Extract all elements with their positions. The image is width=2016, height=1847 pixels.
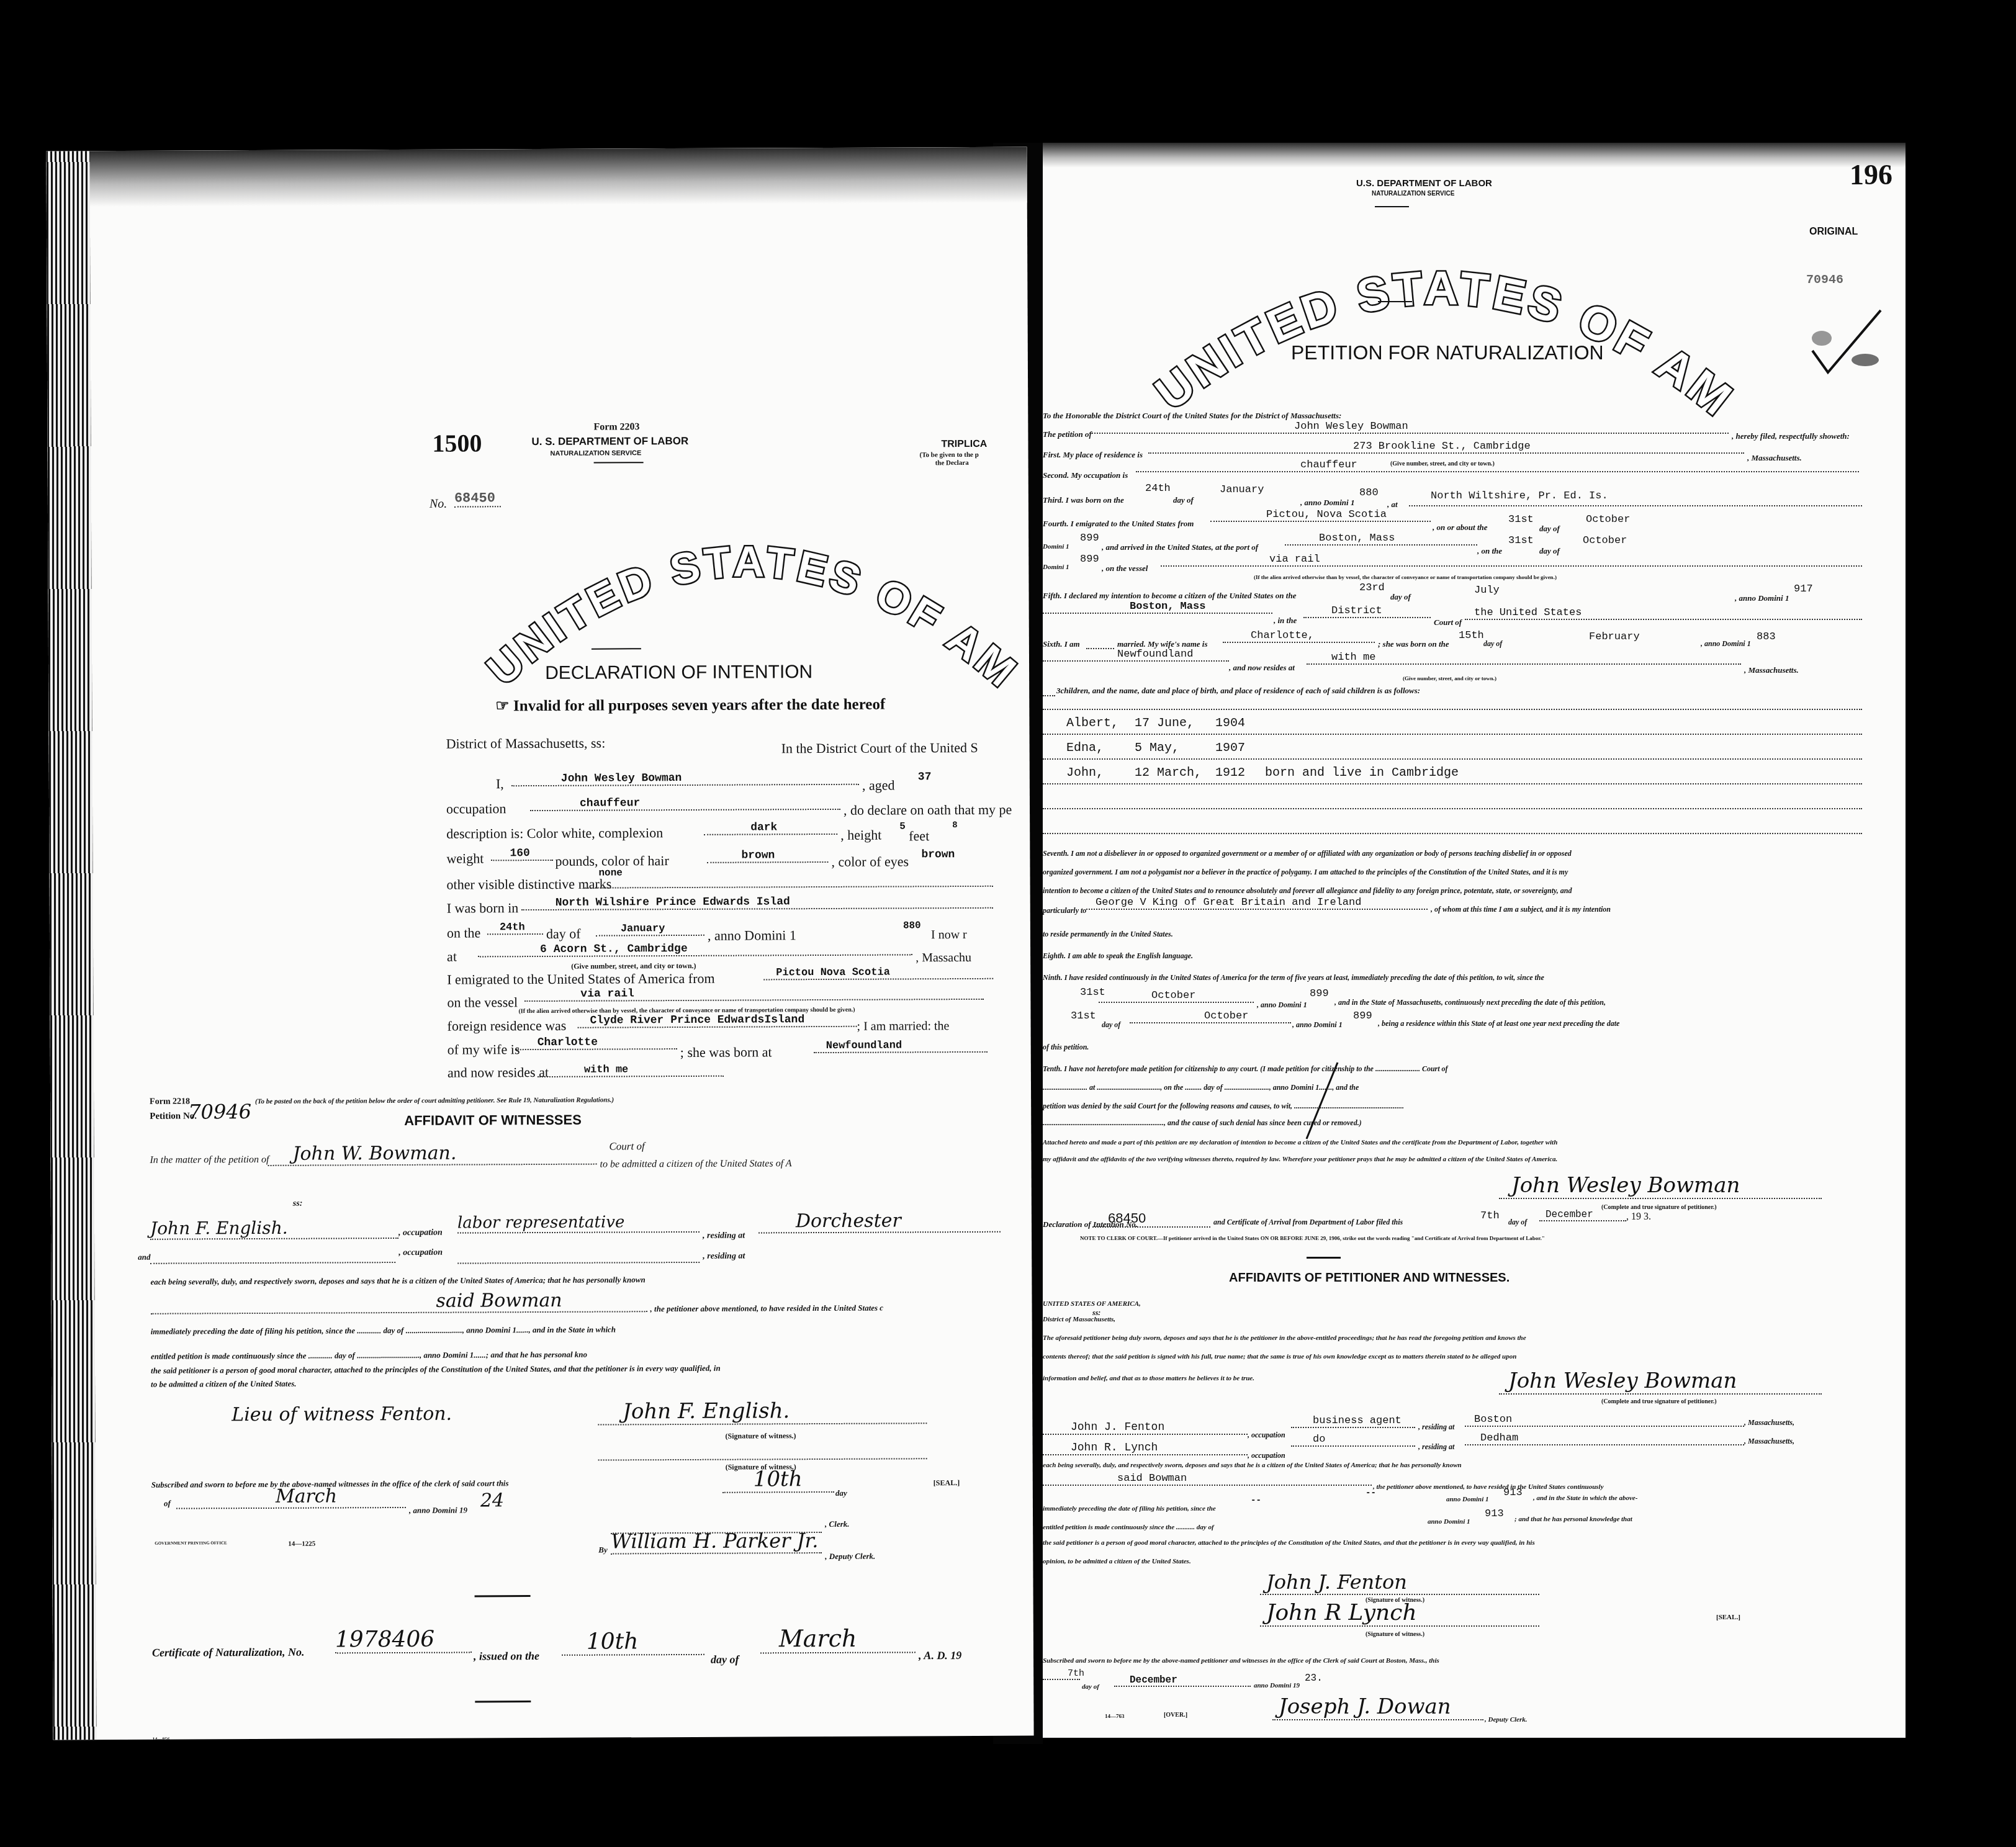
resides-label: , and now resides at (1229, 663, 1295, 673)
admitted-label: to be admitted a citizen of the United S… (600, 1158, 792, 1170)
state-label: , Massachusetts, (1744, 1418, 1794, 1427)
witness-residence-field: Boston (1465, 1414, 1744, 1427)
fifth-label: Fifth. I declared my intention to become… (1043, 591, 1296, 601)
residing-label: , residing at (1418, 1442, 1454, 1452)
court-type-field: District (1303, 605, 1431, 618)
anno-domini-label: anno Domini 1 (1446, 1496, 1488, 1503)
field-hint: (Give number, street, and city or town.) (571, 961, 696, 971)
arrived-label: , and arrived in the United States, at t… (1102, 542, 1258, 552)
copy-note: (To be given to the p (920, 451, 979, 459)
wife-birth-month-field: February (1589, 631, 1640, 643)
birthplace-field: North Wilshire Prince Edwards Islad (521, 895, 993, 910)
state-text: , and in the State in which the above- (1533, 1494, 1637, 1502)
tenth-clause: Tenth. I have not heretofore made petiti… (1043, 1064, 1448, 1074)
section-title: AFFIDAVIT OF WITNESSES (404, 1112, 582, 1129)
court-of-label: Court of (609, 1140, 644, 1153)
name-prefix: I, (496, 776, 504, 792)
known-person-field: said Bowman (150, 1289, 647, 1314)
in-the-label: , in the (1274, 616, 1297, 626)
anno-domini-label: , anno Domini 1 (708, 927, 796, 944)
witness-name-field: John J. Fenton (1043, 1421, 1248, 1435)
seal-label: [SEAL.] (934, 1478, 960, 1488)
witness-occupation-field: do (1291, 1434, 1415, 1447)
wife-born-label: ; she was born at (680, 1044, 772, 1061)
declared-month-field: July (1474, 585, 1500, 596)
department-label: U.S. DEPARTMENT OF LABOR (1356, 178, 1492, 189)
residence-field: 273 Brookline St., Cambridge (1148, 441, 1744, 454)
field-line (1043, 708, 1862, 710)
known-person-field: said Bowman (1043, 1473, 1372, 1486)
character-text: the said petitioner is a person of good … (1043, 1539, 1535, 1547)
filed-day-field: 7th (1480, 1210, 1500, 1222)
child-name: Edna, (1066, 741, 1135, 755)
age-field: 37 (918, 771, 932, 783)
residing-label: , residing at (703, 1231, 745, 1241)
form-number: Form 2218 (150, 1097, 190, 1107)
witness-signature: John J. Fenton (1260, 1570, 1539, 1595)
witness-name-field: John R. Lynch (1043, 1442, 1248, 1455)
state-label: , Massachusetts. (1744, 665, 1799, 675)
vessel-label: , on the vessel (1102, 564, 1148, 573)
birthplace-field: North Wiltshire, Pr. Ed. Is. (1431, 490, 1608, 502)
tenth-clause: petition was denied by the said Court fo… (1043, 1102, 1404, 1111)
section-title: AFFIDAVITS OF PETITIONER AND WITNESSES. (1229, 1271, 1510, 1285)
birth-day-field: 24th (487, 922, 543, 935)
page-fold-shadow (1043, 143, 1906, 168)
day-of-label: day of (546, 926, 581, 942)
now-label: I now r (931, 928, 967, 942)
occupation-label: occupation (446, 801, 506, 817)
admitted-text: to be admitted a citizen of the United S… (151, 1379, 296, 1390)
height-label: , height (840, 827, 881, 843)
aged-label: , aged (862, 778, 895, 794)
child-year: 1904 (1215, 716, 1245, 730)
marks-field: none (598, 867, 622, 878)
continuously-text: entitled petition is made continuously s… (1043, 1524, 1214, 1531)
attached-text: my affidavit and the affidavits of the t… (1043, 1156, 1557, 1163)
ss-label: ss: (293, 1199, 303, 1209)
birth-year-field: 880 (903, 920, 921, 931)
continuously-text: entitled petition is made continuously s… (151, 1350, 587, 1362)
birth-year-field: 880 (1359, 487, 1379, 499)
court-of-label: Court of (1434, 618, 1462, 627)
court-address: To the Honorable the District Court of t… (1043, 411, 1341, 421)
oath-text: contents thereof; that the said petition… (1043, 1353, 1516, 1360)
wife-birth-day-field: 15th (1459, 630, 1484, 642)
oath-text: The aforesaid petitioner being duly swor… (1043, 1334, 1526, 1342)
emigrated-from-field: Pictou Nova Scotia (763, 966, 993, 981)
document-title: DECLARATION OF INTENTION (545, 662, 812, 684)
feet-label: feet (909, 828, 929, 844)
left-page-declaration: 1500 Form 2203 U. S. DEPARTMENT OF LABOR… (46, 147, 1033, 1740)
filed-month-field: December (1539, 1209, 1626, 1221)
occupation-label: , occupation (1248, 1431, 1285, 1440)
wife-born-label: ; she was born on the (1378, 639, 1449, 649)
and-label: and (138, 1252, 150, 1262)
witness-residence-field: Dorchester (758, 1210, 1001, 1234)
wife-name-field: Charlotte, (1223, 630, 1375, 643)
domini-label: Domini 1 (1043, 543, 1069, 551)
weight-field: 160 (491, 847, 553, 861)
copy-label: ORIGINAL (1809, 227, 1858, 238)
height-inches-field: 8 (952, 820, 957, 830)
witness-occupation-field: labor representative (457, 1213, 700, 1234)
at-label: , at (1387, 500, 1398, 510)
seventh-clause: intention to become a citizen of the Uni… (1043, 886, 1572, 896)
number-label: No. (430, 497, 447, 511)
wife-residence-field: with me (538, 1064, 724, 1077)
children-label: children, and the name, date and place o… (1061, 686, 1421, 695)
strike-through-mark (1303, 1061, 1341, 1142)
state-label: , Massachusetts, (1744, 1437, 1794, 1446)
declared-place-field: Boston, Mass (1043, 601, 1272, 614)
petitioner-signature: John Wesley Bowman (1499, 1368, 1822, 1395)
margin-note: Lieu of witness Fenton. (232, 1403, 452, 1426)
birth-month-field: January (1220, 484, 1264, 496)
of-petition-text: of this petition. (1043, 1043, 1089, 1052)
anno-domini-label: anno Domini 1 (1428, 1518, 1470, 1526)
deputy-clerk-label: , Deputy Clerk. (825, 1552, 875, 1562)
certificate-label: Certificate of Naturalization, No. (152, 1646, 305, 1660)
declaration-number-field: 68450 (1092, 1210, 1210, 1228)
divider (1378, 301, 1412, 302)
service-label: NATURALIZATION SERVICE (1372, 191, 1454, 197)
sworn-year-field: 24 (480, 1490, 504, 1511)
declared-day-field: 23rd (1359, 582, 1385, 594)
anno-domini-label: , anno Domini 1 (1257, 1000, 1307, 1010)
weight-label: weight (446, 850, 484, 866)
deputy-clerk-signature: William H. Parker Jr. (611, 1529, 822, 1554)
field-line (1043, 732, 1862, 735)
vessel-label: on the vessel (447, 994, 518, 1010)
since-year-field: 913 (1503, 1487, 1523, 1499)
foreign-residence-label: foreign residence was (448, 1018, 567, 1035)
on-or-about-label: , on or about the (1433, 523, 1488, 533)
stamp-number: 70946 (1806, 273, 1843, 287)
domini-label: Domini 1 (1043, 564, 1069, 571)
resided-since-month-field: October (1099, 990, 1254, 1003)
field-line (1409, 504, 1862, 506)
birth-month-field: January (596, 923, 704, 937)
emigrated-from-field: Pictou, Nova Scotia (1210, 509, 1431, 522)
ninth-clause: Ninth. I have resided continuously in th… (1043, 973, 1544, 982)
copy-note-2: the Declara (935, 459, 969, 467)
child-row: Albert,17 June,1904 (1066, 716, 1245, 730)
wife-birthplace-field: Newfoundland (1043, 649, 1229, 662)
printing-office-label: GOVERNMENT PRINTING OFFICE (155, 1540, 227, 1546)
of-label: of (164, 1499, 171, 1509)
petitioner-name-field: John Wesley Bowman (1089, 421, 1729, 434)
residing-label: , residing at (1418, 1422, 1454, 1432)
occupation-label: , occupation (1248, 1451, 1285, 1460)
state-year-field: 913 (1485, 1508, 1504, 1520)
description-label: description is: Color white, complexion (446, 825, 663, 842)
declared-year-field: 917 (1794, 583, 1813, 595)
form-number: Form 2203 (593, 421, 639, 433)
field-hint: (Give number, street, and city or town.) (1403, 675, 1496, 681)
port-field: Boston, Mass (1285, 533, 1477, 546)
paste-note: (To be pasted on the back of the petitio… (255, 1096, 614, 1105)
child-date: 17 June, (1135, 716, 1215, 730)
field-line (1043, 757, 1862, 760)
marks-label: other visible distinctive marks (447, 876, 612, 892)
signature-caption: (Complete and true signature of petition… (1601, 1398, 1717, 1405)
certificate-number-field: 1978406 (335, 1626, 472, 1653)
child-row: John,12 March,1912born and live in Cambr… (1066, 766, 1459, 780)
arrived-year-field: 899 (1080, 554, 1099, 565)
vessel-field: via rail (1161, 554, 1862, 567)
page-edge (46, 151, 96, 1740)
eyes-label: , color of eyes (831, 853, 909, 870)
day-of-label: day of (1483, 639, 1502, 649)
since-month-field: -- (1366, 1488, 1376, 1498)
sixth-label: Sixth. I am (1043, 639, 1080, 649)
anno-domini-label: , anno Domini 1 (1701, 639, 1751, 649)
resided-since-year-field: 899 (1310, 988, 1329, 1000)
resides-label: and now resides at (448, 1064, 549, 1081)
checkmark-icon (1809, 307, 1884, 375)
sworn-day-field: 10th (722, 1467, 834, 1493)
emigrated-year-field: 899 (1080, 533, 1099, 544)
right-page-petition: 196 U.S. DEPARTMENT OF LABOR NATURALIZAT… (1043, 143, 1906, 1738)
by-label: By (598, 1545, 608, 1555)
sworn-month-field: December (1114, 1674, 1251, 1687)
eye-color-field: brown (921, 848, 955, 861)
occupation-field: chauffeur (530, 796, 840, 811)
child-year: 1912 (1215, 766, 1265, 780)
divider (1307, 1257, 1341, 1259)
being-text: , being a residence within this State of… (1378, 1019, 1619, 1028)
residence-field: 6 Acorn St., Cambridge (478, 941, 912, 957)
clerk-label: , Clerk. (825, 1519, 849, 1529)
wife-birthplace-field: Newfoundland (814, 1040, 988, 1053)
oath-text: , do declare on oath that my pe (844, 802, 1012, 819)
svg-text:UNITED STATES OF AMERICA: UNITED STATES OF AMERICA (1130, 230, 1744, 428)
certificate-label: and Certificate of Arrival from Departme… (1213, 1218, 1403, 1227)
wife-residence-field: with me (1307, 652, 1741, 665)
witness-name-field: John F. English. (150, 1217, 398, 1240)
petition-label: The petition of (1043, 429, 1092, 439)
anno-domini-label: , anno Domini 1 (1300, 498, 1354, 508)
field-line (1043, 782, 1862, 784)
admitted-text: opinion, to be admitted a citizen of the… (1043, 1558, 1191, 1565)
validity-warning: ☞ Invalid for all purposes seven years a… (495, 695, 885, 716)
seventh-clause: Seventh. I am not a disbeliever in or op… (1043, 849, 1572, 858)
certificate-day-field: 10th (562, 1629, 704, 1656)
occupation-label: , occupation (398, 1248, 443, 1258)
copy-label: TRIPLICA (941, 439, 987, 450)
document-title: PETITION FOR NATURALIZATION (1291, 341, 1604, 364)
at-label: at (447, 949, 457, 965)
clerk-note: NOTE TO CLERK OF COURT.—If petitioner ar… (1080, 1235, 1545, 1241)
hair-color-field: brown (707, 849, 828, 863)
petition-number: 70946 (188, 1100, 251, 1123)
sworn-text: each being severally, duly, and respecti… (1043, 1462, 1462, 1469)
birth-day-field: 24th (1145, 483, 1171, 495)
married-label: married. My wife's name is (1117, 639, 1208, 649)
residing-label: , residing at (703, 1252, 745, 1262)
day-of-label: day of (1173, 495, 1194, 505)
state-since-day-field: 31st (1071, 1010, 1096, 1022)
sworn-day-field: 7th (1043, 1668, 1080, 1680)
field-line (1043, 807, 1862, 809)
anno-domini-label: , anno Domini 1 (1292, 1020, 1343, 1030)
day-of-label: day of (1082, 1683, 1099, 1691)
child-date: 5 May, (1135, 741, 1215, 755)
height-feet-field: 5 (899, 820, 906, 832)
state-since-year-field: 899 (1353, 1010, 1372, 1022)
sworn-text: each being severally, duly, and respecti… (150, 1275, 645, 1287)
state-since-month-field: October (1130, 1010, 1291, 1023)
on-the-label: on the (447, 925, 481, 941)
vessel-field: via rail (524, 986, 984, 1002)
wife-label: of my wife is (448, 1041, 520, 1058)
certificate-month-field: March (760, 1624, 916, 1653)
anno-domini-label: anno Domini 19 (1254, 1682, 1300, 1689)
character-text: the said petitioner is a person of good … (151, 1364, 721, 1376)
day-of-label: day of (711, 1653, 739, 1666)
pointing-hand-icon: ☞ (495, 698, 513, 714)
applicant-name-field: John Wesley Bowman (511, 771, 859, 786)
signature-caption: (Signature of witness.) (725, 1431, 796, 1440)
preceding-text: immediately preceding the date of filing… (1043, 1505, 1216, 1512)
married-label: ; I am married: the (857, 1019, 950, 1034)
child-row: Edna,5 May,1907 (1066, 741, 1245, 755)
ad-label: , A. D. 19 (919, 1649, 961, 1662)
filed-year: , 19 3. (1626, 1211, 1651, 1223)
divider (475, 1595, 531, 1597)
reside-text: to reside permanently in the United Stat… (1043, 930, 1173, 939)
signature-caption: (Signature of witness.) (1366, 1631, 1424, 1638)
state-text: , and in the State of Massachusetts, con… (1334, 998, 1606, 1007)
divider (594, 462, 644, 463)
day-of-label: day of (1539, 524, 1560, 534)
petitioner-mentioned-text: , the petitioner above mentioned, to hav… (1373, 1483, 1604, 1491)
print-code: 14—856 (153, 1737, 170, 1740)
second-label: Second. My occupation is (1043, 470, 1128, 480)
sworn-year-field: 23. (1305, 1673, 1323, 1684)
state-label: , Massachu (916, 951, 971, 965)
court-name-field: the United States (1465, 607, 1862, 620)
field-line (1043, 694, 1055, 696)
witness-occupation-field: business agent (1291, 1415, 1415, 1428)
child-year: 1907 (1215, 741, 1245, 755)
field-line (583, 884, 993, 889)
petitioner-name-field: John W. Bowman. (268, 1142, 596, 1166)
fourth-label: Fourth. I emigrated to the United States… (1043, 519, 1194, 529)
children-count-row: 3children, and the name, date and place … (1056, 686, 1420, 696)
print-code: 14—763 (1105, 1713, 1125, 1719)
witness-signature: John F. English. (598, 1398, 927, 1425)
page-number: 1500 (432, 428, 482, 457)
field-hint: (If the alien arrived otherwise than by … (1254, 574, 1557, 580)
witness-residence-field: Dedham (1465, 1432, 1744, 1445)
preceding-text: immediately preceding the date of filing… (151, 1324, 616, 1336)
oath-text: information and belief, and that as to t… (1043, 1375, 1254, 1382)
wife-name-field: Charlotte (516, 1036, 677, 1050)
divider (592, 648, 641, 649)
subject-label: , of whom at this time I am a subject, a… (1431, 905, 1611, 914)
field-line (1043, 832, 1862, 834)
department-label: U. S. DEPARTMENT OF LABOR (531, 435, 688, 448)
foreign-residence-field: Clyde River Prince EdwardsIsland (578, 1013, 857, 1028)
emigrated-month-field: October (1586, 514, 1630, 526)
emigrated-day-field: 31st (1508, 514, 1534, 526)
divider (1375, 206, 1409, 207)
occupation-field: chauffeur (1136, 459, 1859, 472)
sovereign-label: particularly to (1043, 906, 1086, 915)
venue-label: UNITED STATES OF AMERICA, (1043, 1300, 1141, 1308)
field-line (150, 1261, 395, 1264)
court-label: In the District Court of the United S (781, 740, 978, 757)
filed-label: , hereby filed, respectfully showeth: (1732, 431, 1850, 441)
attached-text: Attached hereto and made a part of this … (1043, 1139, 1557, 1146)
occupation-label: , occupation (398, 1228, 443, 1238)
child-date: 12 March, (1135, 766, 1215, 780)
deputy-clerk-label: , Deputy Clerk. (1485, 1716, 1527, 1723)
day-of-label: day of (1508, 1218, 1527, 1227)
print-code: 14—1225 (288, 1540, 315, 1548)
sovereign-field: George V King of Great Britain and Irela… (1086, 897, 1428, 910)
eighth-clause: Eighth. I am able to speak the English l… (1043, 951, 1193, 961)
since-day-field: -- (1251, 1496, 1261, 1506)
day-of-label: day of (1102, 1020, 1120, 1030)
page-number: 196 (1850, 158, 1892, 191)
day-of-label: day of (1390, 592, 1411, 602)
born-label: I was born in (447, 900, 519, 917)
petitioner-mentioned-text: , the petitioner above mentioned, to hav… (650, 1303, 884, 1314)
arrived-day-field: 31st (1508, 535, 1534, 547)
service-label: NATURALIZATION SERVICE (551, 449, 642, 457)
knowledge-text: ; and that he has personal knowledge tha… (1514, 1516, 1632, 1523)
seventh-clause: organized government. I am not a polygam… (1043, 868, 1568, 877)
sworn-month-field: March (176, 1485, 406, 1509)
child-note: born and live in Cambridge (1265, 766, 1459, 780)
matter-label: In the matter of the petition of (150, 1154, 269, 1166)
petitioner-signature: John Wesley Bowman (1499, 1173, 1822, 1199)
emigrated-label: I emigrated to the United States of Amer… (447, 971, 714, 988)
issued-label: , issued on the (474, 1650, 539, 1663)
seal-label: [SEAL.] (1716, 1614, 1740, 1621)
witness-signature: John R Lynch (1260, 1600, 1539, 1627)
district-label: District of Massachusetts, ss: (446, 735, 606, 752)
wife-birth-year-field: 883 (1757, 631, 1776, 643)
venue-label: District of Massachusetts, (1043, 1316, 1115, 1323)
page-fold-shadow (46, 147, 1027, 207)
divider (475, 1701, 531, 1702)
field-line (457, 1261, 700, 1264)
deputy-clerk-signature: Joseph J. Dowan (1272, 1694, 1483, 1720)
signature-line (598, 1457, 927, 1460)
anno-domini-label: , anno Domini 1 (1735, 593, 1789, 603)
first-label: First. My place of residence is (1043, 450, 1143, 460)
subscribed-text: Subscribed and sworn to before me by the… (1043, 1657, 1439, 1665)
third-label: Third. I was born on the (1043, 495, 1124, 505)
child-name: John, (1066, 766, 1135, 780)
over-label: [OVER.] (1164, 1712, 1187, 1719)
ss-label: ss: (1092, 1308, 1100, 1318)
complexion-field: dark (704, 821, 837, 835)
anno-domini-label: , anno Domini 19 (409, 1506, 467, 1516)
arrived-month-field: October (1583, 535, 1627, 547)
arch-title-united-states: UNITED STATES OF AMERICA (1130, 230, 1750, 428)
arch-title-united-states: UNITED STATES OF AMERICA (457, 482, 1034, 720)
child-name: Albert, (1066, 716, 1135, 730)
day-label: day (835, 1488, 847, 1498)
